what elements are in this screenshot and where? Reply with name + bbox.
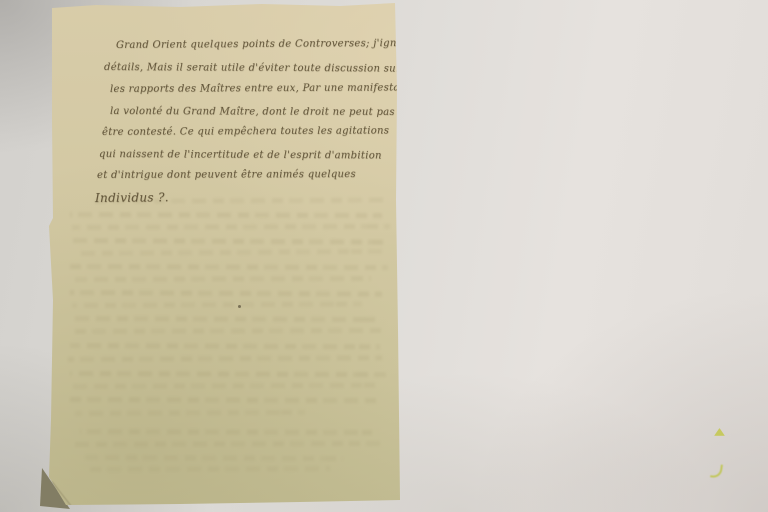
bleedthrough-line xyxy=(75,276,371,282)
handwritten-line: et d'intrigue dont peuvent être animés q… xyxy=(97,169,356,181)
bleedthrough-line xyxy=(70,212,382,218)
bleedthrough-line xyxy=(70,343,380,349)
bleedthrough-line xyxy=(70,238,386,245)
bleedthrough-line xyxy=(70,371,386,377)
bleedthrough-line xyxy=(70,316,376,322)
bleedthrough-line xyxy=(85,455,343,461)
bleedthrough-line xyxy=(72,224,390,230)
photo-backdrop: Grand Orient quelques points de Controve… xyxy=(0,0,768,512)
bleedthrough-line xyxy=(75,410,305,416)
handwritten-line: la volonté du Grand Maître, dont le droi… xyxy=(110,106,395,118)
ink-spot xyxy=(238,305,241,308)
bleedthrough-line xyxy=(70,397,376,403)
bleedthrough-line xyxy=(90,466,330,472)
bleedthrough-line xyxy=(72,301,362,308)
bleedthrough-line xyxy=(74,249,382,256)
handwritten-line: Grand Orient quelques points de Controve… xyxy=(116,38,433,51)
bleedthrough-line xyxy=(70,264,388,270)
bleedthrough-line xyxy=(75,328,387,334)
bleedthrough-line xyxy=(70,441,382,447)
yellow-speck-triangle xyxy=(714,428,725,436)
bleedthrough-line xyxy=(68,355,382,362)
bleedthrough-line xyxy=(70,290,382,297)
handwritten-line: détails, Mais il serait utile d'éviter t… xyxy=(104,62,401,75)
bleedthrough-line xyxy=(72,383,380,389)
yellow-speck-curve xyxy=(710,463,723,478)
bleedthrough-line xyxy=(80,429,372,435)
handwritten-line: les rapports des Maîtres entre eux, Par … xyxy=(110,82,437,95)
handwritten-line: qui naissent de l'incertitude et de l'es… xyxy=(99,149,382,161)
manuscript-page: Grand Orient quelques points de Controve… xyxy=(0,0,768,512)
handwritten-line: Individus ?. xyxy=(95,190,169,205)
handwritten-line: être contesté. Ce qui empêchera toutes l… xyxy=(102,125,389,138)
